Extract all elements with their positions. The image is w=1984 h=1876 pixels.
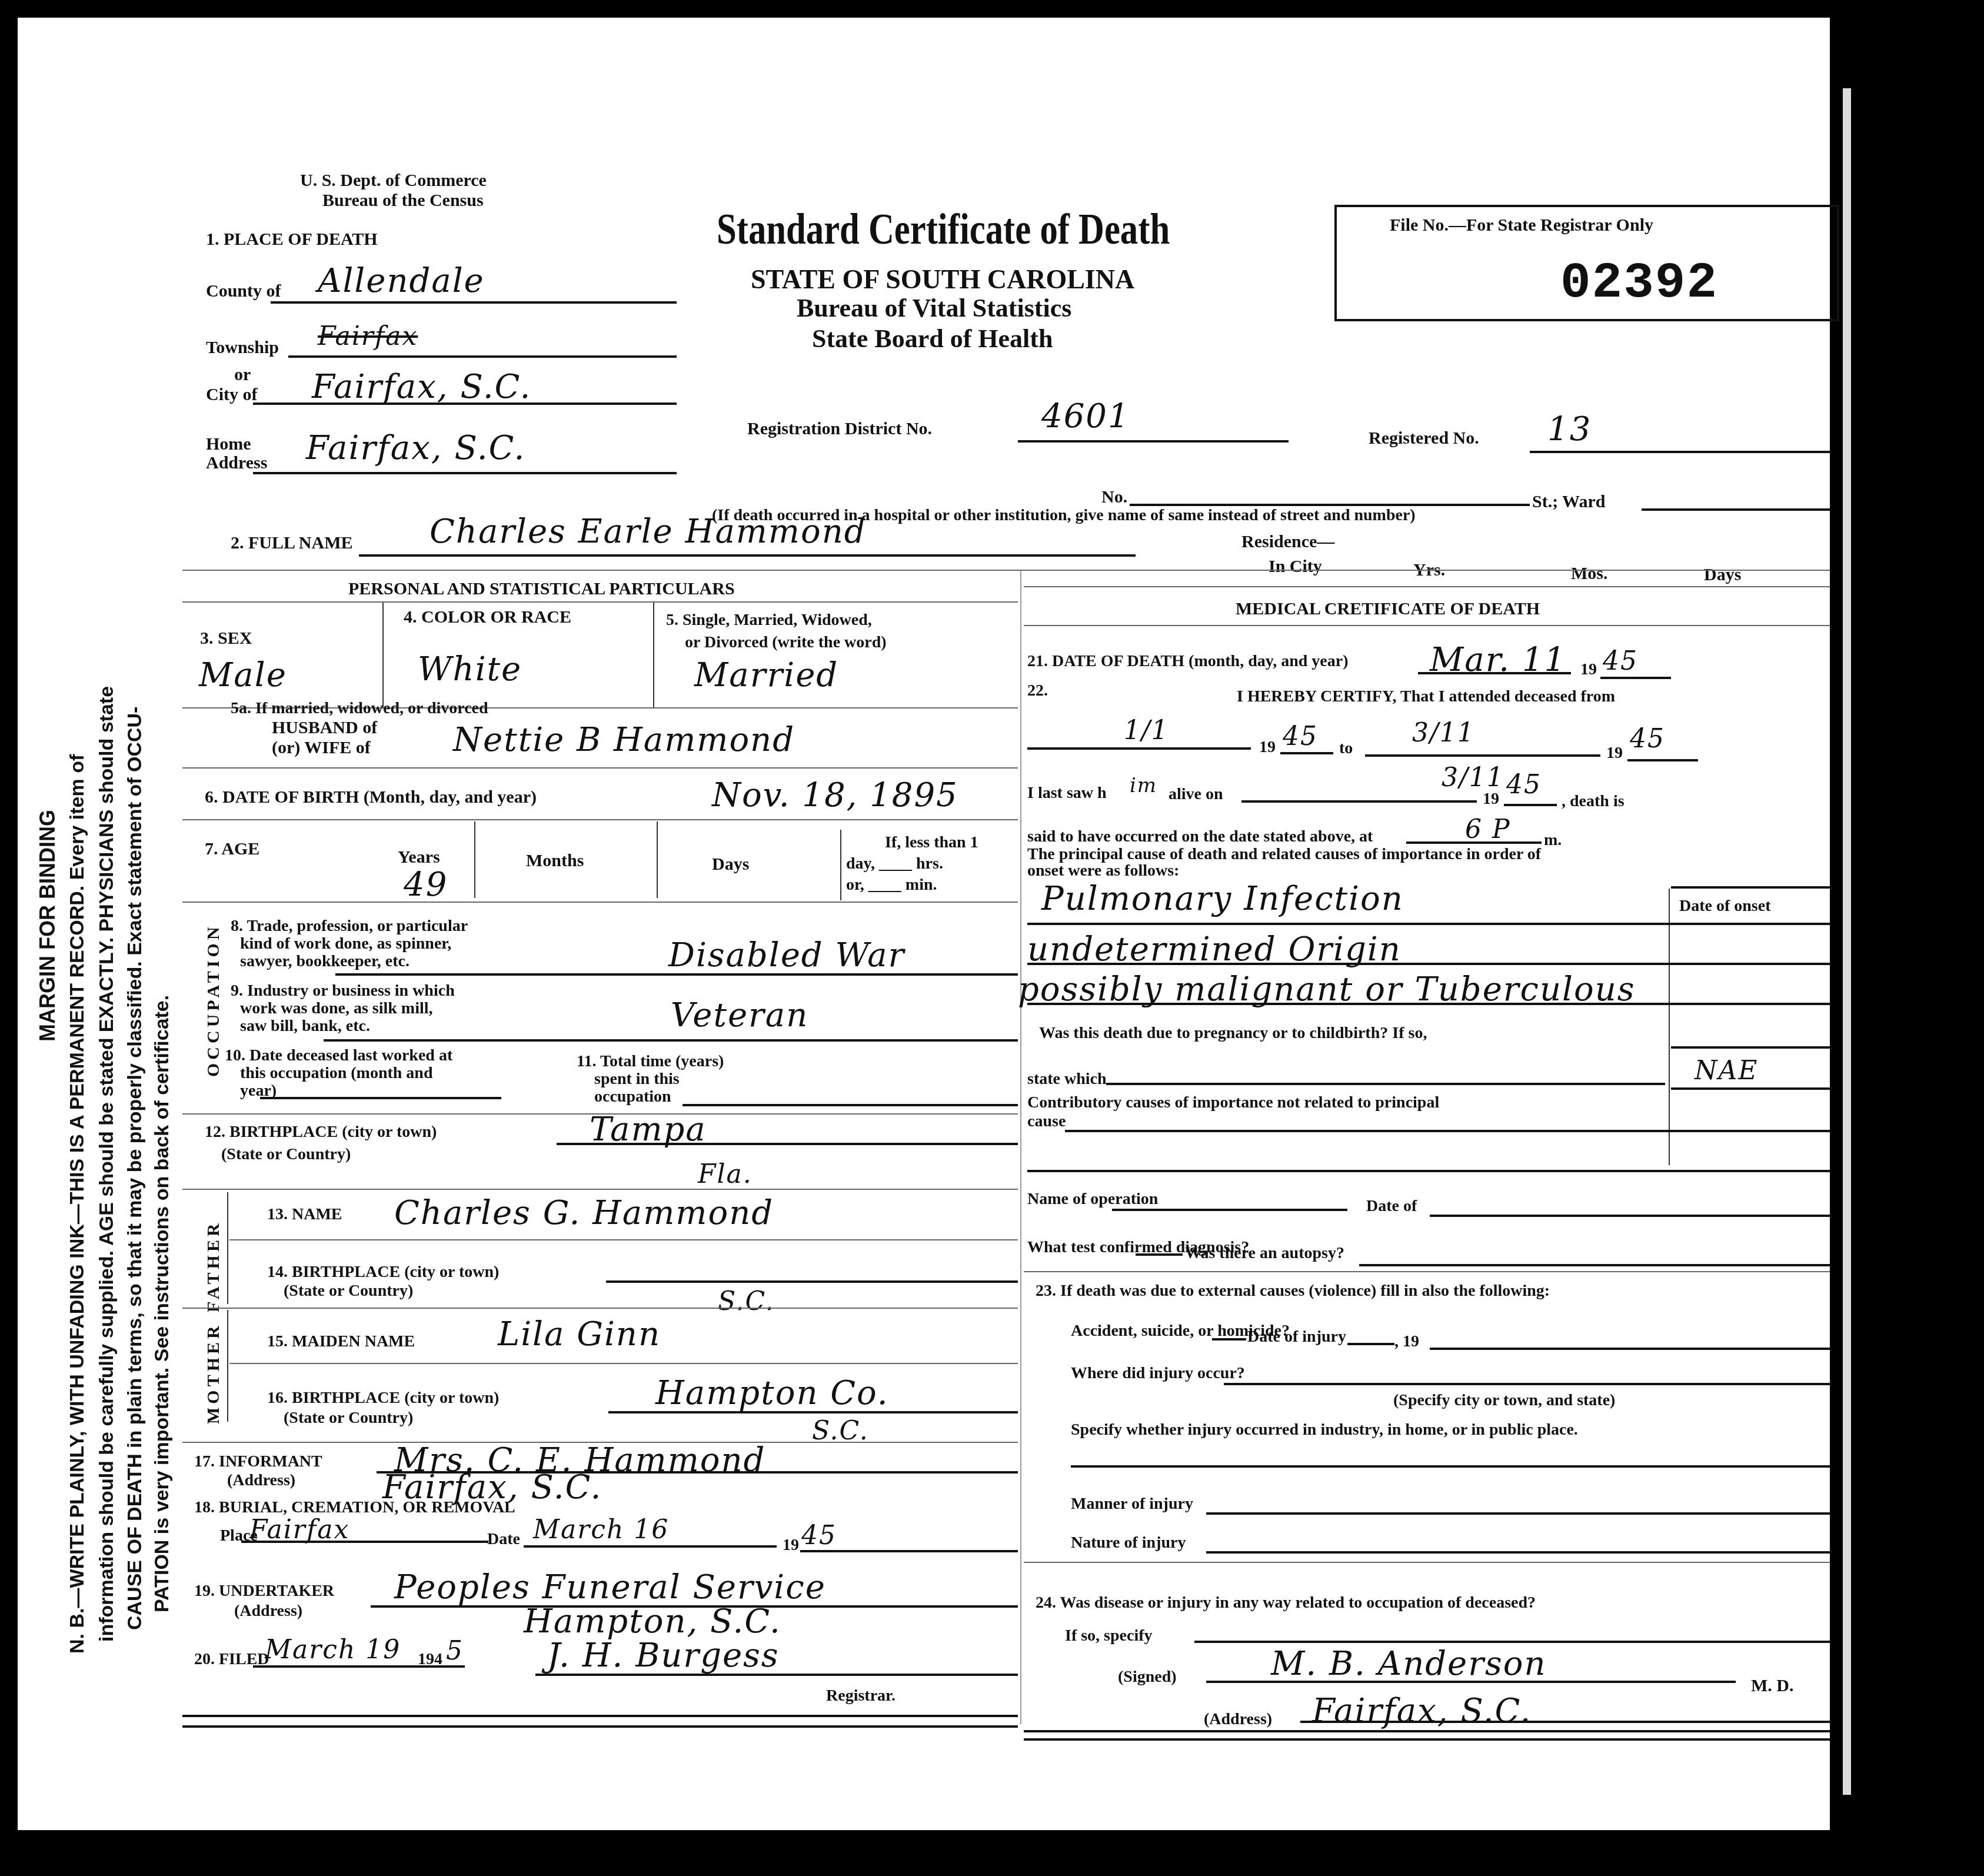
birthplace-sublabel: (State or Country) <box>221 1146 351 1163</box>
margin-instructions-line2: information should be carefully supplied… <box>95 686 118 1642</box>
total-time-label-1: 11. Total time (years) <box>577 1053 724 1070</box>
operation-label: Name of operation <box>1027 1191 1158 1208</box>
residence-label: Residence— <box>1241 533 1334 551</box>
industry-value: Veteran <box>671 999 808 1032</box>
last-saw-date: 3/11 <box>1442 765 1504 791</box>
last-worked-label-1: 10. Date deceased last worked at <box>225 1047 452 1064</box>
where-injury-label: Where did injury occur? <box>1071 1365 1245 1382</box>
undertaker-address-label: (Address) <box>234 1603 302 1619</box>
sex-value: Male <box>199 659 287 692</box>
in-city-label: In City <box>1269 558 1322 576</box>
cause-intro-1: The principal cause of death and related… <box>1027 846 1541 863</box>
attended-to-year: 45 <box>1630 726 1665 752</box>
autopsy-label: Was there an autopsy? <box>1185 1245 1344 1262</box>
street-no-label: No. <box>1101 488 1127 506</box>
township-label: Township <box>206 339 279 357</box>
death-certificate: MARGIN FOR BINDING N. B.—WRITE PLAINLY, … <box>18 18 1830 1830</box>
township-value: Fairfax <box>318 324 418 350</box>
father-side-label: FATHER <box>204 1220 224 1312</box>
mos-label: Mos. <box>1571 565 1608 583</box>
undertaker-address: Hampton, S.C. <box>524 1605 781 1638</box>
less-than-day-line3: or, ____ min. <box>846 877 937 893</box>
sex-label: 3. SEX <box>200 630 252 647</box>
trade-label-3: sawyer, bookkeeper, etc. <box>240 953 410 970</box>
date-of-onset-label: Date of onset <box>1679 898 1771 914</box>
physician-address-label: (Address) <box>1204 1711 1272 1728</box>
certificate-title: Standard Certificate of Death <box>717 205 1170 255</box>
dob-label: 6. DATE OF BIRTH (Month, day, and year) <box>205 789 537 806</box>
father-name-value: Charles G. Hammond <box>394 1197 774 1230</box>
race-label: 4. COLOR OR RACE <box>404 608 571 626</box>
home-address-value: Fairfax, S.C. <box>306 432 525 465</box>
signed-label: (Signed) <box>1118 1669 1177 1685</box>
margin-binding-label: MARGIN FOR BINDING <box>35 810 60 1042</box>
physician-signature: M. B. Anderson <box>1271 1648 1546 1681</box>
birthplace-city-value: Tampa <box>590 1113 707 1146</box>
marital-value: Married <box>694 659 838 692</box>
file-number: 02392 <box>1560 254 1718 312</box>
total-time-label-3: occupation <box>594 1089 671 1105</box>
margin-instructions-line3: CAUSE OF DEATH in plain terms, so that i… <box>124 707 147 1630</box>
total-time-label-2: spent in this <box>594 1071 680 1087</box>
state-board-of-health: State Board of Health <box>812 324 1053 354</box>
full-name-label: 2. FULL NAME <box>231 534 353 552</box>
registered-no-value: 13 <box>1547 413 1592 446</box>
dob-value: Nov. 18, 1895 <box>712 779 958 812</box>
less-than-day-line2: day, ____ hrs. <box>846 856 943 872</box>
spouse-label-1: 5a. If married, widowed, or divorced <box>231 700 488 717</box>
cause-line-3: possibly malignant or Tuberculous <box>1018 973 1635 1006</box>
undertaker-name: Peoples Funeral Service <box>394 1571 826 1604</box>
spouse-value: Nettie B Hammond <box>453 724 795 757</box>
if-so-label: If so, specify <box>1065 1628 1153 1644</box>
informant-address-label: (Address) <box>227 1472 295 1489</box>
days-label-age: Days <box>712 856 749 873</box>
contributory-label-2: cause <box>1027 1113 1066 1130</box>
occurred-label: said to have occurred on the date stated… <box>1027 829 1373 845</box>
dod-label: 21. DATE OF DEATH (month, day, and year) <box>1027 653 1349 670</box>
attended-from-year: 45 <box>1283 724 1318 750</box>
industry-label-3: saw bill, bank, etc. <box>240 1018 370 1035</box>
trade-label-1: 8. Trade, profession, or particular <box>231 918 468 934</box>
mother-birthplace-state: S.C. <box>812 1418 869 1444</box>
registrar-label: Registrar. <box>826 1688 896 1704</box>
informant-label: 17. INFORMANT <box>194 1453 322 1470</box>
registration-district-label: Registration District No. <box>747 420 932 438</box>
alive-on-label: alive on <box>1169 786 1223 803</box>
father-birthplace-state: S.C. <box>718 1289 775 1315</box>
filed-year: 5 <box>446 1638 464 1664</box>
page-stack-edge <box>1831 18 1966 1807</box>
race-value: White <box>418 653 522 686</box>
age-label: 7. AGE <box>205 840 259 858</box>
last-saw-label: I last saw h <box>1027 785 1107 801</box>
registered-no-label: Registered No. <box>1369 430 1479 447</box>
state-which-label: state which <box>1027 1071 1107 1087</box>
city-label: City of <box>206 386 257 404</box>
mother-birthplace-sublabel: (State or Country) <box>284 1410 413 1426</box>
medical-section-title: MEDICAL CRETIFICATE OF DEATH <box>1236 600 1540 618</box>
last-saw-pronoun: im <box>1130 776 1157 796</box>
cause-line-2: undetermined Origin <box>1027 933 1402 966</box>
mother-birthplace-city: Hampton Co. <box>655 1377 889 1410</box>
state-name: STATE OF SOUTH CAROLINA <box>751 264 1134 295</box>
registrar-signature: J. H. Burgess <box>547 1639 780 1672</box>
mother-side-label: MOTHER <box>204 1322 224 1424</box>
dept-of-commerce: U. S. Dept. of Commerce <box>300 172 487 189</box>
specify-where-label: Specify whether injury occurred in indus… <box>1071 1422 1578 1438</box>
certify-label: I HEREBY CERTIFY, That I attended deceas… <box>1237 688 1615 705</box>
st-ward-label: St.; Ward <box>1532 493 1605 511</box>
attended-from-year-prefix: 19 <box>1259 739 1276 756</box>
burial-date-label: Date <box>487 1531 520 1548</box>
industry-label-1: 9. Industry or business in which <box>231 983 455 999</box>
operation-date-label: Date of <box>1366 1198 1417 1215</box>
birthplace-state-value: Fla. <box>698 1162 753 1188</box>
contributory-label-1: Contributory causes of importance not re… <box>1027 1095 1439 1111</box>
attended-to-value: 3/11 <box>1412 720 1475 746</box>
burial-year-prefix: 19 <box>783 1537 799 1554</box>
mother-maiden-value: Lila Ginn <box>498 1318 661 1351</box>
dod-year-prefix: 19 <box>1580 661 1597 678</box>
attended-to-year-prefix: 19 <box>1606 745 1623 761</box>
occupation-side-label: OCCUPATION <box>204 923 224 1077</box>
death-is-label: , death is <box>1562 793 1625 810</box>
less-than-day-line1: If, less than 1 <box>885 834 978 851</box>
mother-maiden-label: 15. MAIDEN NAME <box>267 1333 415 1350</box>
m-label: m. <box>1544 832 1562 849</box>
manner-label: Manner of injury <box>1071 1496 1193 1512</box>
personal-section-title: PERSONAL AND STATISTICAL PARTICULARS <box>348 580 735 598</box>
last-saw-year-prefix: 19 <box>1483 791 1499 807</box>
pregnancy-note: NAE <box>1695 1058 1758 1084</box>
father-name-label: 13. NAME <box>267 1206 342 1223</box>
to-label: to <box>1339 740 1353 757</box>
home-label: Home <box>206 435 251 453</box>
marital-label-1: 5. Single, Married, Widowed, <box>666 612 872 628</box>
bureau-of-census: Bureau of the Census <box>322 192 484 209</box>
place-of-death-label: 1. PLACE OF DEATH <box>206 231 378 248</box>
burial-label: 18. BURIAL, CREMATION, OR REMOVAL <box>194 1499 515 1516</box>
nature-label: Nature of injury <box>1071 1535 1186 1551</box>
last-worked-label-2: this occupation (month and <box>240 1065 433 1082</box>
last-saw-year: 45 <box>1506 772 1542 798</box>
trade-label-2: kind of work done, as spinner, <box>240 936 451 952</box>
spouse-label-2: HUSBAND of <box>272 719 377 737</box>
county-value: Allendale <box>318 265 485 298</box>
external-causes-label: 23. If death was due to external causes … <box>1036 1283 1550 1299</box>
or-label: or <box>234 366 251 384</box>
burial-year-value: 45 <box>801 1523 837 1549</box>
industry-label-2: work was done, as silk mill, <box>240 1000 433 1017</box>
margin-instructions-line4: PATION is very important. See instructio… <box>151 995 174 1612</box>
pregnancy-label: Was this death due to pregnancy or to ch… <box>1039 1025 1427 1042</box>
time-of-death: 6 P <box>1465 817 1511 843</box>
attended-from-value: 1/1 <box>1124 718 1169 744</box>
specify-city-label: (Specify city or town, and state) <box>1393 1392 1615 1409</box>
county-label: County of <box>206 282 281 300</box>
years-label: Years <box>398 849 440 866</box>
birthplace-label: 12. BIRTHPLACE (city or town) <box>205 1124 437 1140</box>
months-label: Months <box>526 852 584 870</box>
injury-year-prefix: , 19 <box>1394 1333 1419 1350</box>
spouse-label-3: (or) WIFE of <box>272 739 371 757</box>
full-name-value: Charles Earle Hammond <box>430 515 867 548</box>
injury-date-label: Date of injury <box>1247 1329 1346 1345</box>
city-value: Fairfax, S.C. <box>312 371 531 404</box>
trade-value: Disabled War <box>668 939 905 972</box>
registration-district-value: 4601 <box>1041 400 1130 433</box>
margin-instructions-line1: N. B.—WRITE PLAINLY, WITH UNFADING INK—T… <box>66 754 89 1654</box>
file-box-label: File No.—For State Registrar Only <box>1390 217 1653 234</box>
burial-date-value: March 16 <box>533 1517 669 1543</box>
father-birthplace-sublabel: (State or Country) <box>284 1283 413 1299</box>
occupation-related-label: 24. Was disease or injury in any way rel… <box>1036 1595 1536 1611</box>
mother-birthplace-label: 16. BIRTHPLACE (city or town) <box>267 1390 499 1406</box>
md-label: M. D. <box>1751 1677 1793 1695</box>
file-number-box: File No.—For State Registrar Only 02392 <box>1334 205 1839 321</box>
cause-intro-2: onset were as follows: <box>1027 863 1179 879</box>
filed-date: March 19 <box>265 1637 401 1663</box>
father-birthplace-label: 14. BIRTHPLACE (city or town) <box>267 1264 499 1280</box>
burial-place-value: Fairfax <box>249 1517 349 1543</box>
address-label: Address <box>206 454 267 472</box>
dod-year-value: 45 <box>1603 648 1638 674</box>
days-label: Days <box>1704 566 1741 584</box>
marital-label-2: or Divorced (write the word) <box>685 634 887 651</box>
cause-line-1: Pulmonary Infection <box>1041 883 1404 916</box>
age-years-value: 49 <box>404 869 448 902</box>
certify-number: 22. <box>1027 683 1048 699</box>
undertaker-label: 19. UNDERTAKER <box>194 1583 334 1599</box>
bureau-vital-statistics: Bureau of Vital Statistics <box>797 293 1071 323</box>
